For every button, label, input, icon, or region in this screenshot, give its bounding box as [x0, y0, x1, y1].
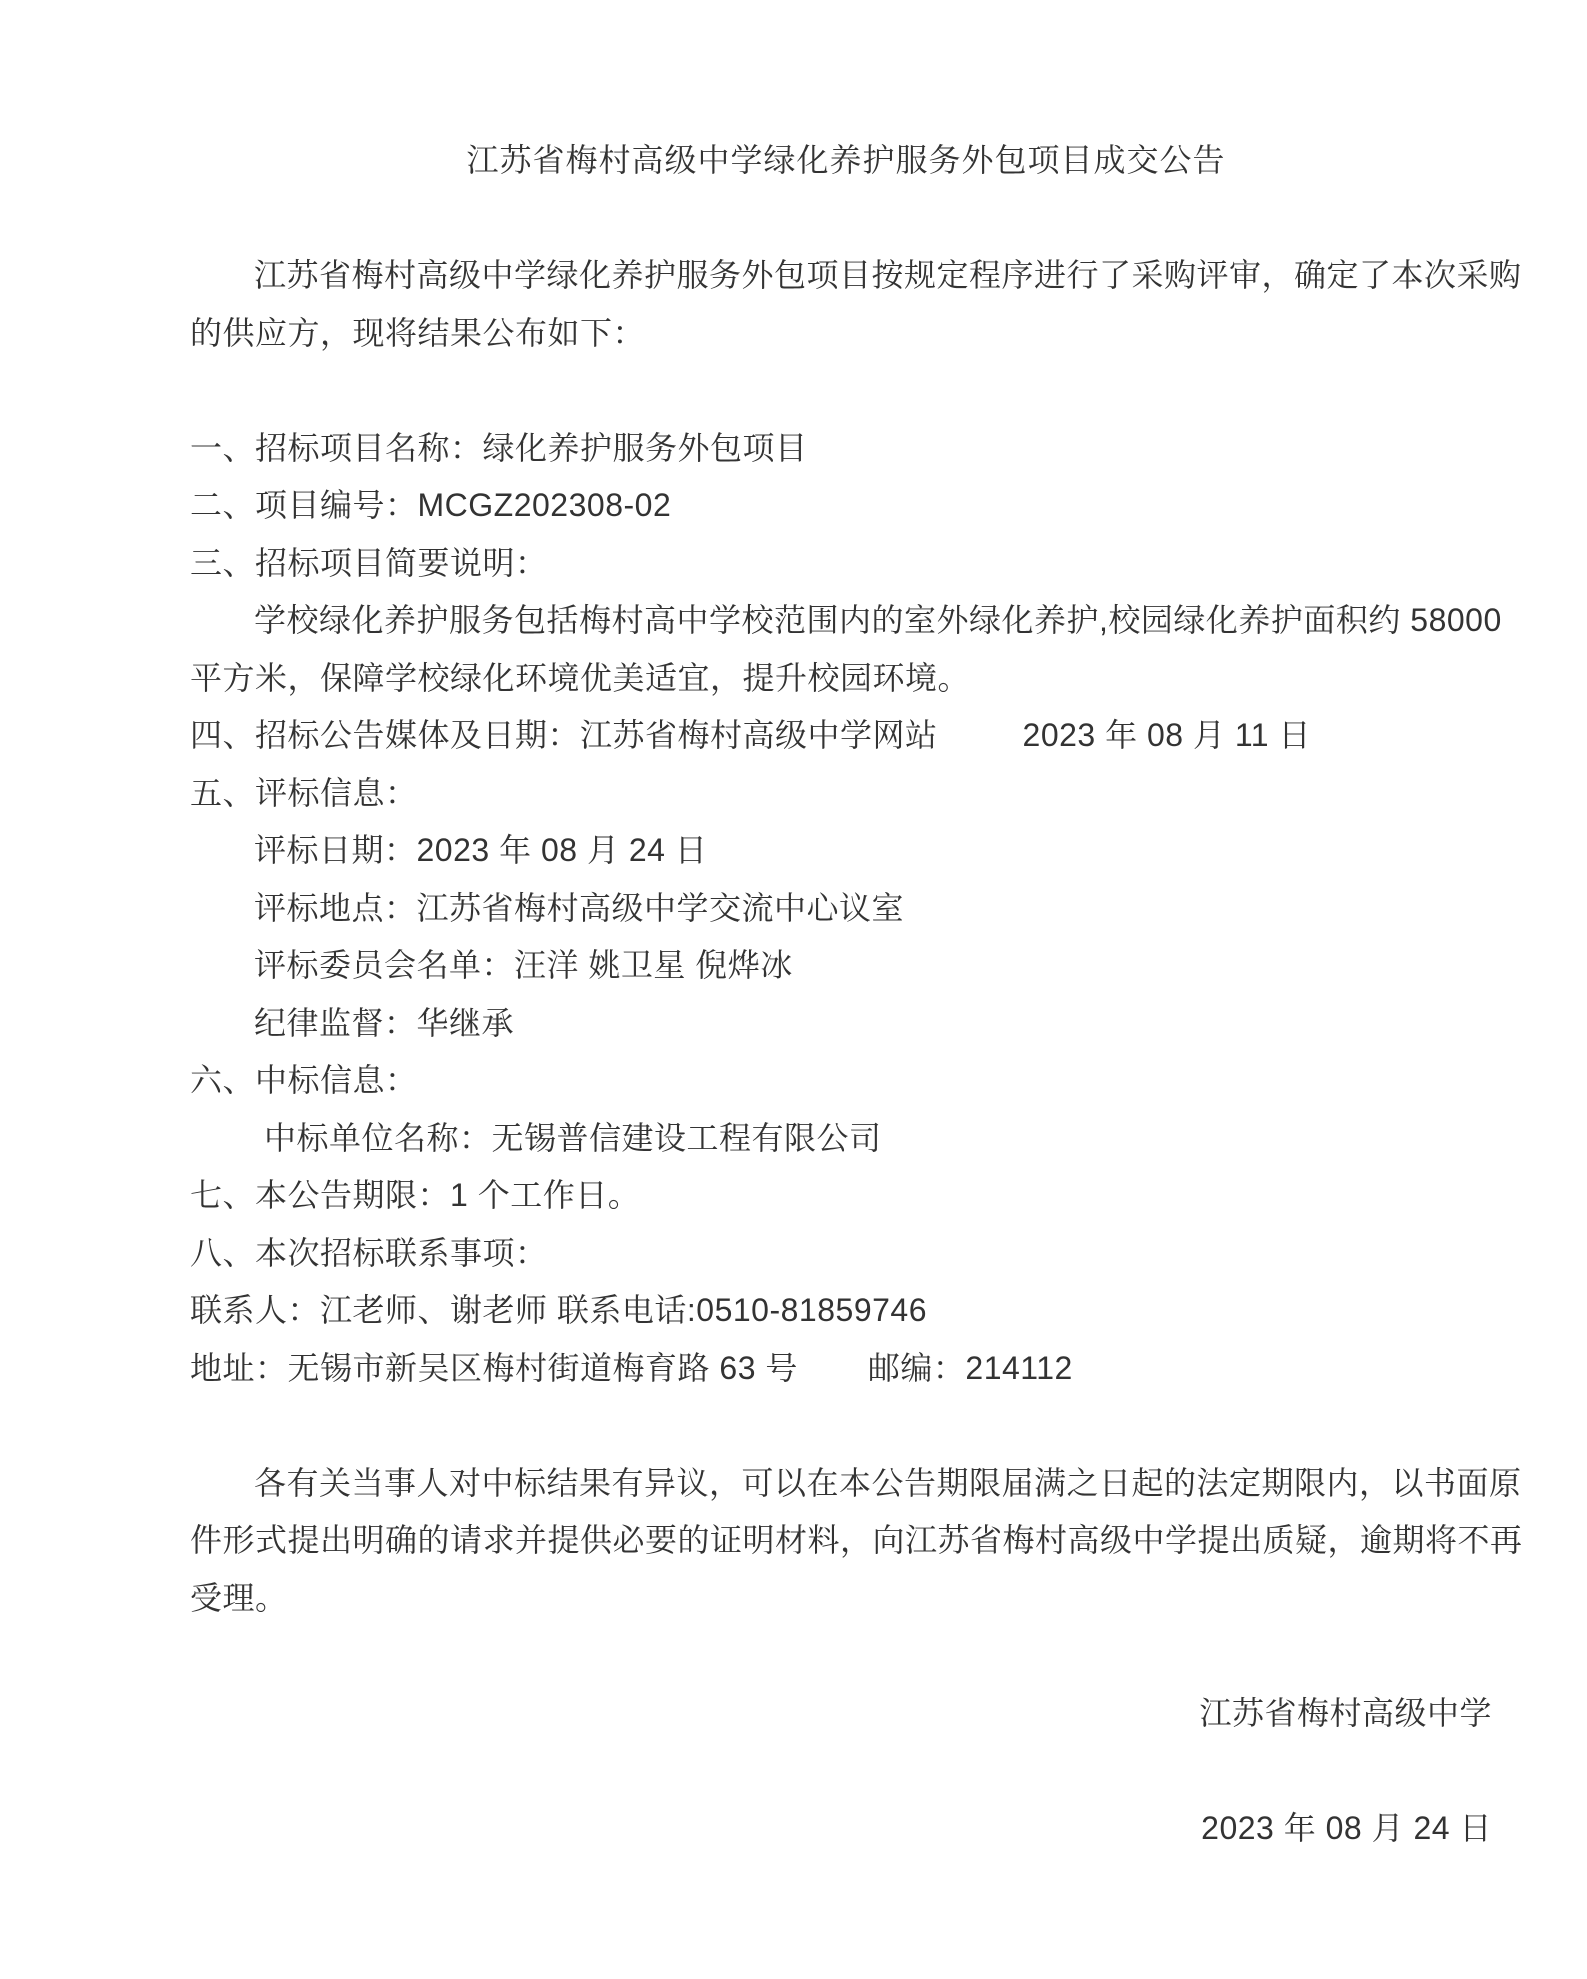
evaluation-date: 评标日期：2023 年 08 月 24 日: [190, 822, 1502, 880]
notice-paragraph-line-3: 受理。: [190, 1570, 1502, 1628]
award-winner: 中标单位名称：无锡普信建设工程有限公司: [190, 1110, 1502, 1168]
notice-paragraph-line-2: 件形式提出明确的请求并提供必要的证明材料，向江苏省梅村高级中学提出质疑，逾期将不…: [190, 1512, 1502, 1570]
item-announcement-period: 七、本公告期限：1 个工作日。: [190, 1167, 1502, 1225]
item-brief-line-1: 学校绿化养护服务包括梅村高中学校范围内的室外绿化养护,校园绿化养护面积约 580…: [190, 592, 1502, 650]
item-brief-heading: 三、招标项目简要说明：: [190, 535, 1502, 593]
item-contact-heading: 八、本次招标联系事项：: [190, 1225, 1502, 1283]
item-evaluation-heading: 五、评标信息：: [190, 765, 1502, 823]
item-award-heading: 六、中标信息：: [190, 1052, 1502, 1110]
blank-line: [190, 1627, 1502, 1685]
intro-paragraph-line-2: 的供应方，现将结果公布如下：: [190, 305, 1502, 363]
address-line: 地址：无锡市新吴区梅村街道梅育路 63 号邮编：214112: [190, 1340, 1502, 1398]
signature-organization: 江苏省梅村高级中学: [190, 1685, 1502, 1743]
intro-paragraph-line-1: 江苏省梅村高级中学绿化养护服务外包项目按规定程序进行了采购评审，确定了本次采购: [190, 247, 1502, 305]
blank-line: [190, 1397, 1502, 1455]
evaluation-committee: 评标委员会名单：汪洋 姚卫星 倪烨冰: [190, 937, 1502, 995]
signature-date: 2023 年 08 月 24 日: [190, 1800, 1502, 1858]
blank-line: [190, 362, 1502, 420]
announce-media-text: 四、招标公告媒体及日期：江苏省梅村高级中学网站: [190, 717, 938, 753]
evaluation-place: 评标地点：江苏省梅村高级中学交流中心议室: [190, 880, 1502, 938]
blank-line: [190, 1742, 1502, 1800]
blank-line: [190, 190, 1502, 248]
document-content: 江苏省梅村高级中学绿化养护服务外包项目成交公告 江苏省梅村高级中学绿化养护服务外…: [0, 0, 1587, 1857]
item-announce-media-and-date: 四、招标公告媒体及日期：江苏省梅村高级中学网站2023 年 08 月 11 日: [190, 707, 1502, 765]
notice-paragraph-line-1: 各有关当事人对中标结果有异议，可以在本公告期限届满之日起的法定期限内，以书面原: [190, 1455, 1502, 1513]
address-text: 地址：无锡市新吴区梅村街道梅育路 63 号: [190, 1350, 798, 1386]
item-project-name: 一、招标项目名称：绿化养护服务外包项目: [190, 420, 1502, 478]
item-project-number: 二、项目编号：MCGZ202308-02: [190, 477, 1502, 535]
document-title: 江苏省梅村高级中学绿化养护服务外包项目成交公告: [190, 132, 1502, 190]
document-page: 江苏省梅村高级中学绿化养护服务外包项目成交公告 江苏省梅村高级中学绿化养护服务外…: [0, 0, 1587, 1979]
discipline-supervisor: 纪律监督：华继承: [190, 995, 1502, 1053]
item-brief-line-2: 平方米，保障学校绿化环境优美适宜，提升校园环境。: [190, 650, 1502, 708]
announce-date-text: 2023 年 08 月 11 日: [1023, 717, 1311, 753]
contact-line: 联系人：江老师、谢老师 联系电话:0510-81859746: [190, 1282, 1502, 1340]
postcode-text: 邮编：214112: [868, 1350, 1073, 1386]
